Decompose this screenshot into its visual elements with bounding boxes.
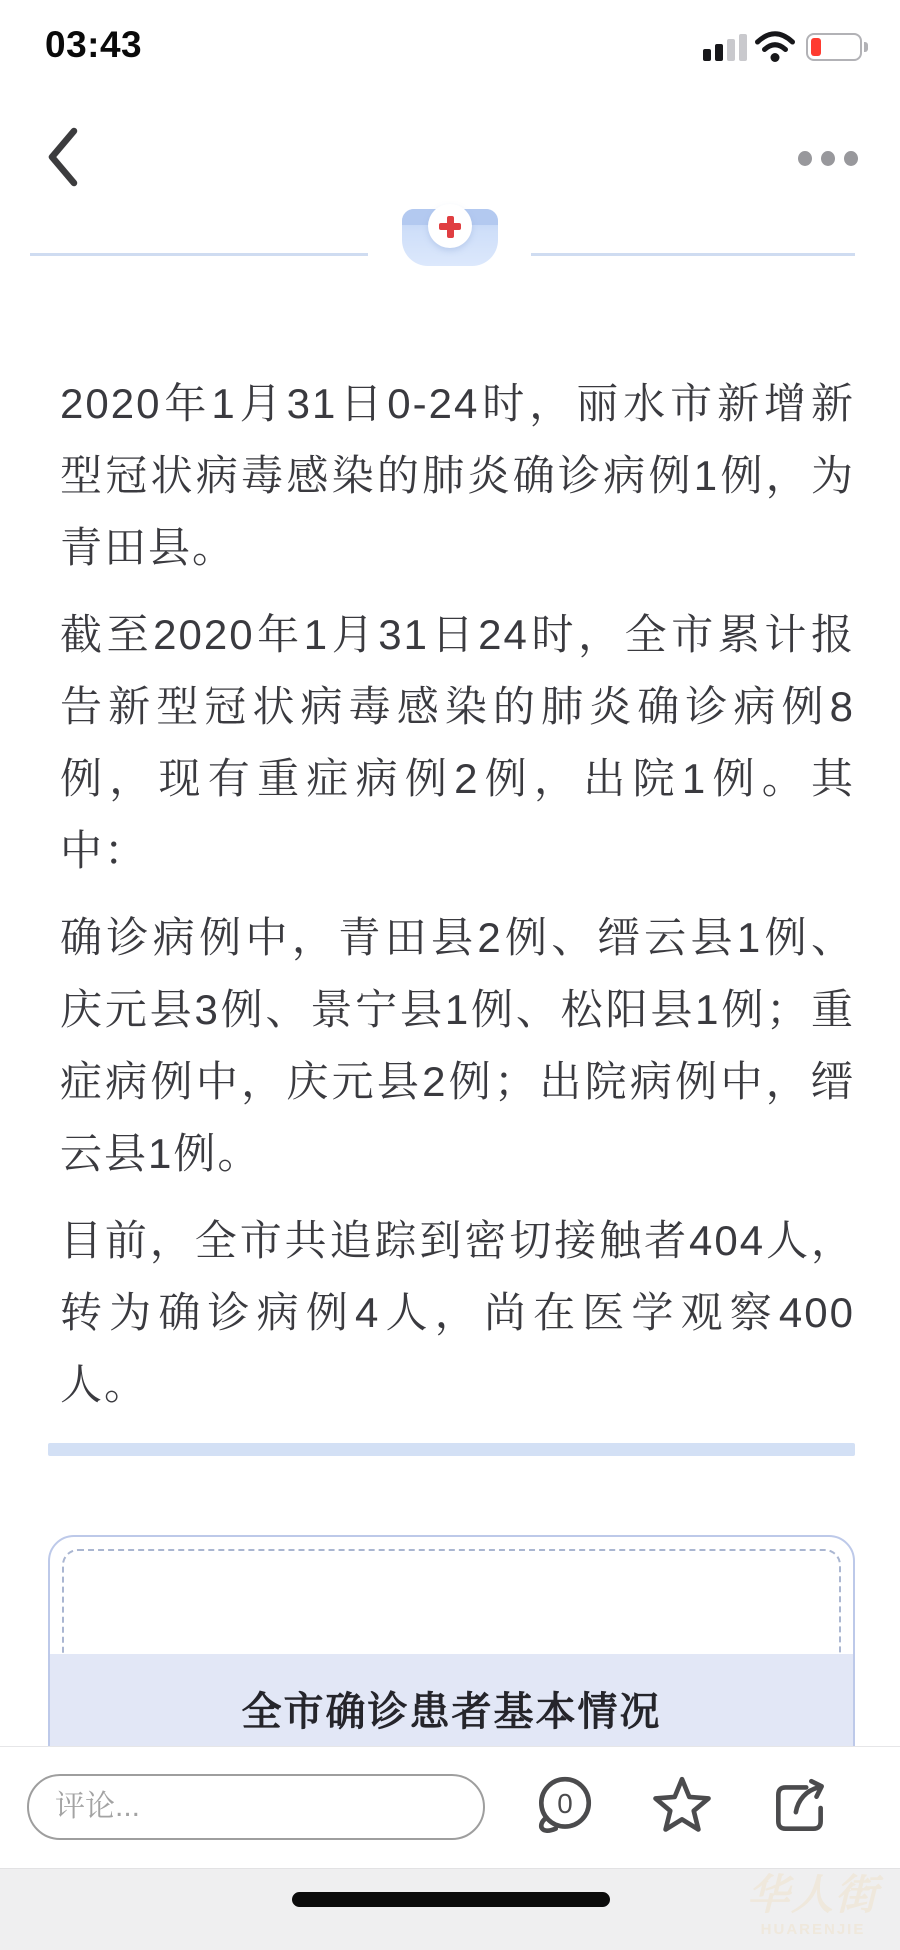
comment-toolbar: 0 (0, 1746, 900, 1868)
article-paragraph: 2020年1月31日0-24时，丽水市新增新型冠状病毒感染的肺炎确诊病例1例，为… (60, 368, 855, 584)
more-options-icon (798, 151, 812, 166)
header-divider-left (30, 253, 368, 256)
comment-bubble-icon: 0 (531, 1774, 597, 1840)
more-options-button[interactable] (798, 144, 858, 172)
wifi-icon (754, 31, 796, 63)
article-body: 2020年1月31日0-24时，丽水市新增新型冠状病毒感染的肺炎确诊病例1例，为… (60, 368, 855, 1436)
comment-count: 0 (557, 1788, 572, 1819)
status-time: 03:43 (45, 24, 142, 66)
article-paragraph: 确诊病例中，青田县2例、缙云县1例、庆元县3例、景宁县1例、松阳县1例；重症病例… (60, 902, 855, 1190)
phone-screen: 03:43 2020年1月31日0-24时，丽水市新增新型冠 (0, 0, 900, 1950)
section-divider (48, 1443, 855, 1456)
card-dashed-border (62, 1549, 841, 1657)
share-button[interactable] (767, 1774, 833, 1840)
share-icon (767, 1774, 833, 1840)
cellular-signal-icon (703, 34, 747, 61)
favorite-button[interactable] (649, 1774, 715, 1840)
back-button[interactable] (44, 126, 80, 188)
back-chevron-icon (44, 126, 80, 188)
article-paragraph: 截至2020年1月31日24时，全市累计报告新型冠状病毒感染的肺炎确诊病例8例，… (60, 599, 855, 887)
comment-input[interactable] (27, 1774, 485, 1840)
medkit-icon (402, 209, 498, 266)
header-divider-right (531, 253, 855, 256)
battery-icon (806, 33, 862, 61)
card-title: 全市确诊患者基本情况 (50, 1654, 853, 1737)
comment-button[interactable]: 0 (531, 1774, 597, 1840)
battery-low-fill (811, 38, 821, 56)
star-icon (649, 1774, 715, 1840)
home-indicator[interactable] (292, 1892, 610, 1907)
bottom-gesture-area (0, 1868, 900, 1950)
article-paragraph: 目前，全市共追踪到密切接触者404人，转为确诊病例4人，尚在医学观察400人。 (60, 1205, 855, 1421)
